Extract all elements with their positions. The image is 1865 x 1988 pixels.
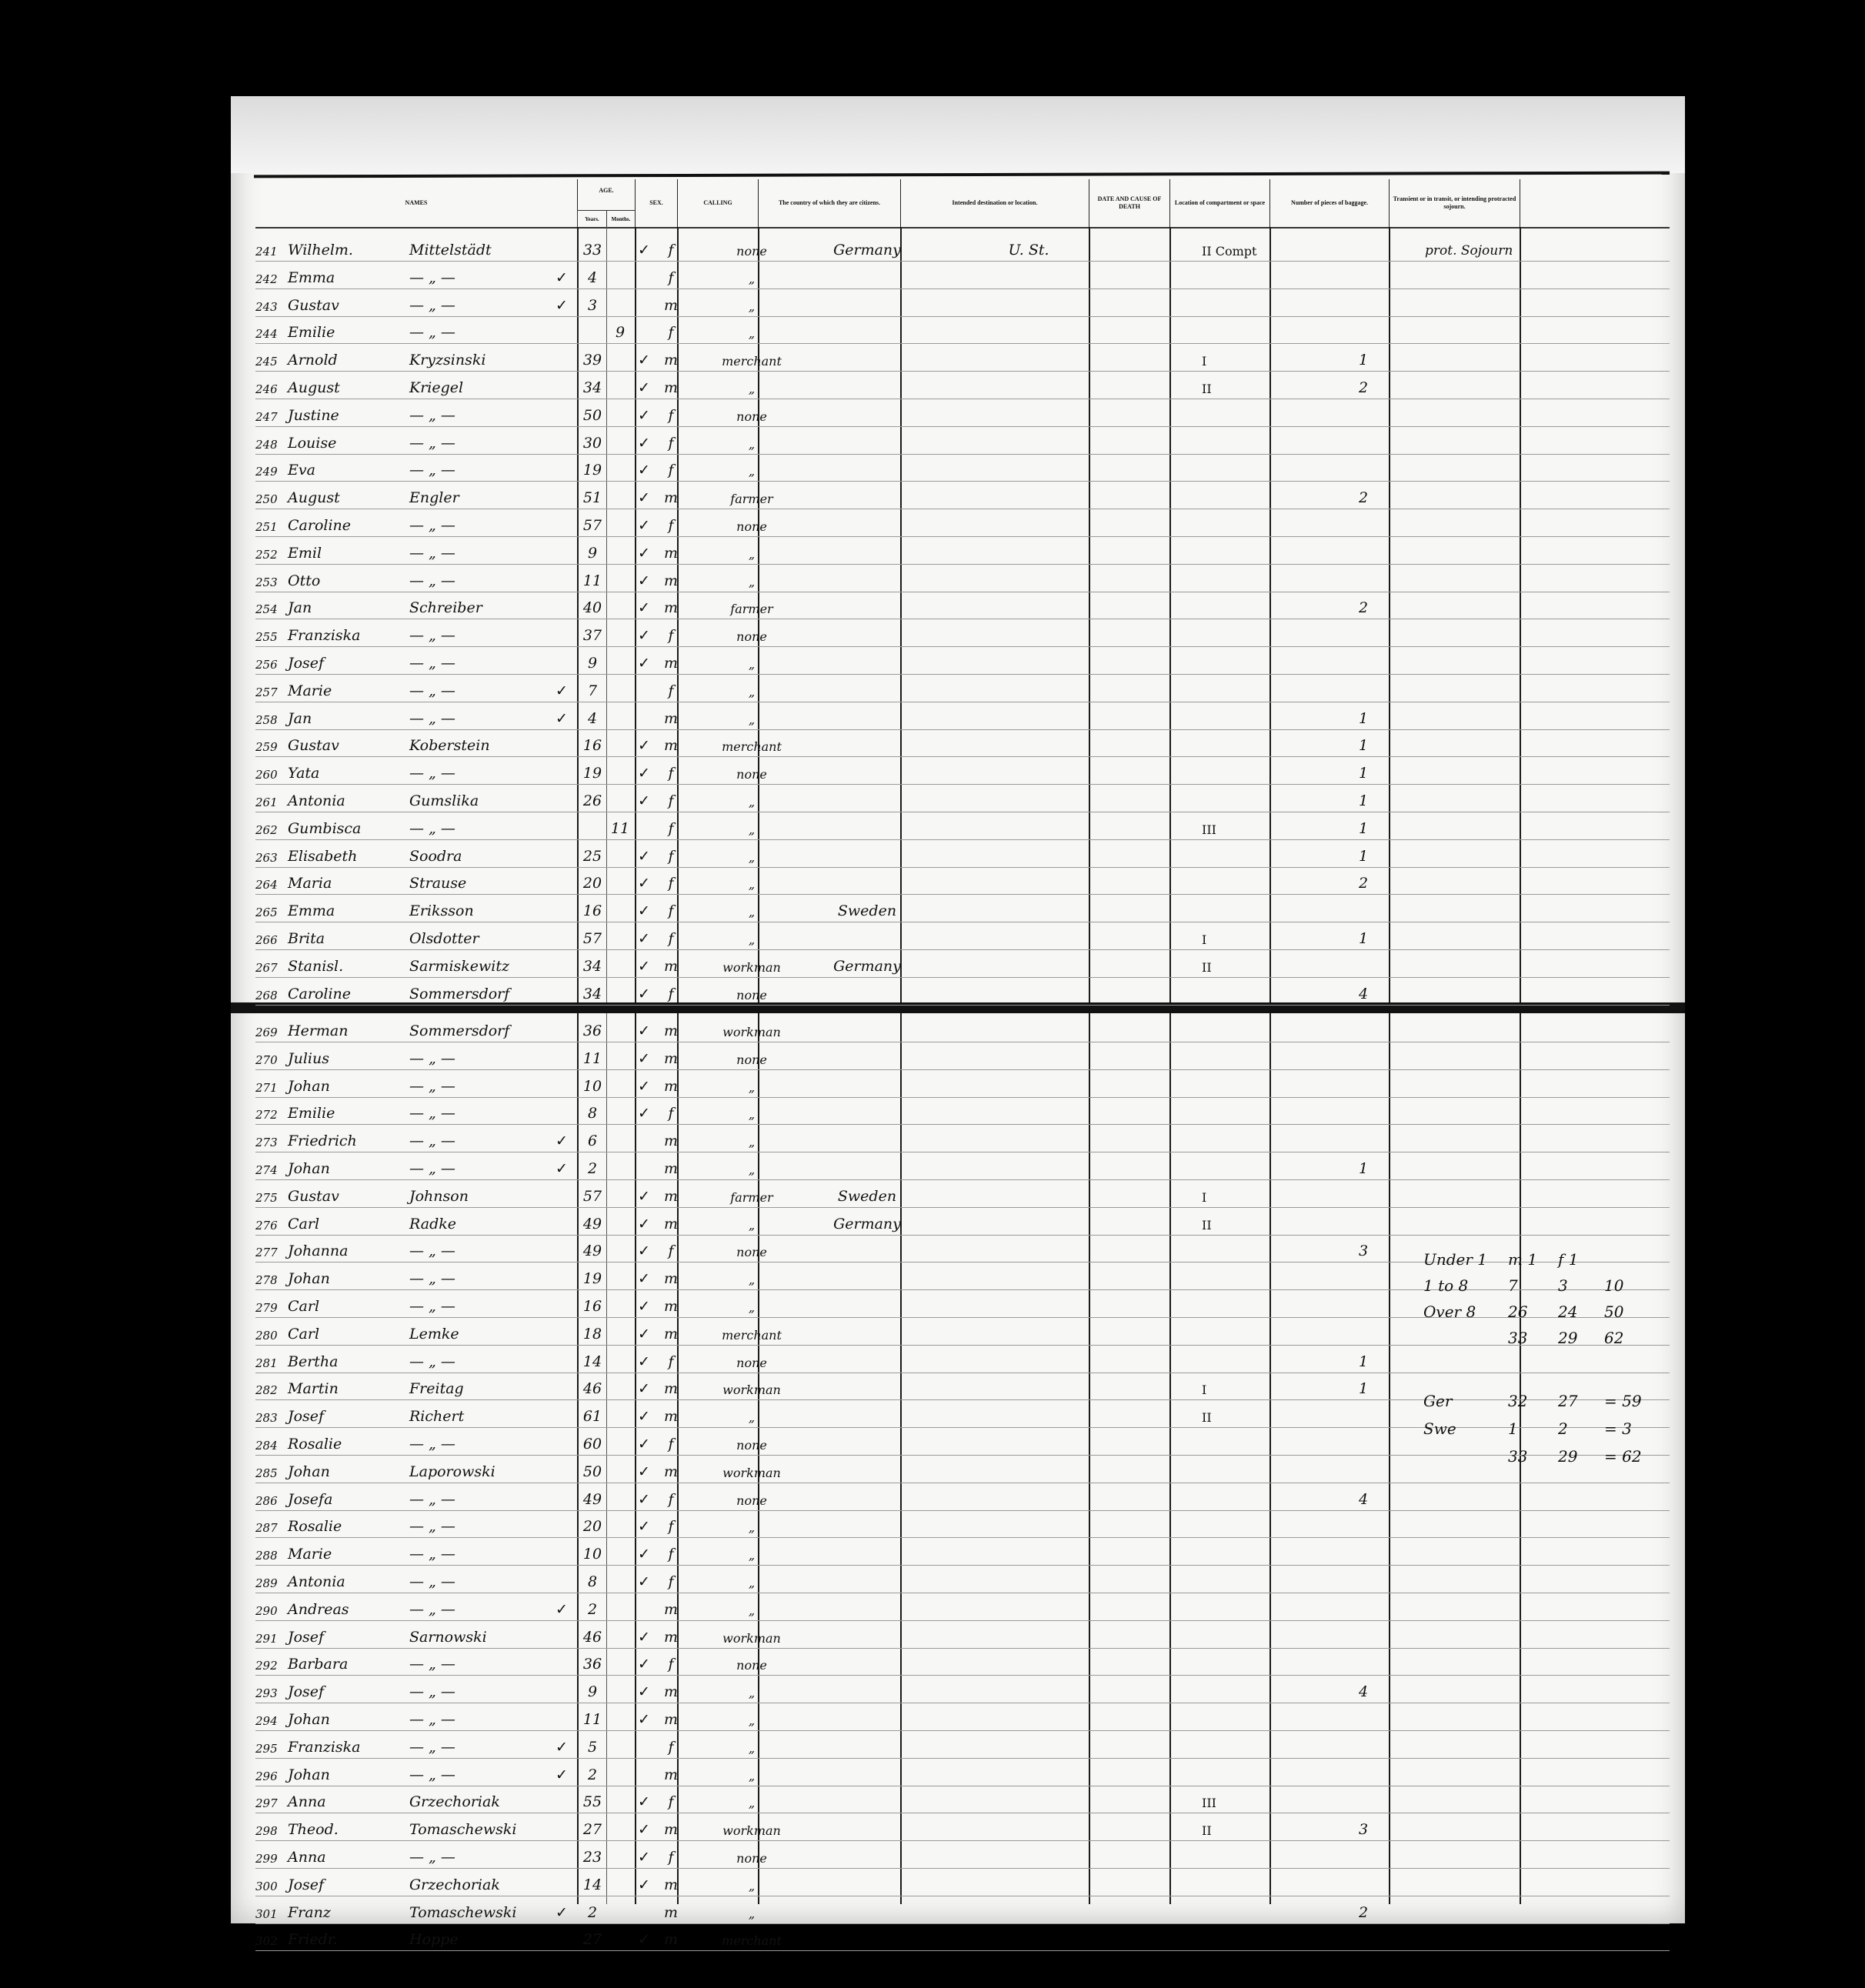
child-mark: ✓ [555, 1132, 568, 1149]
calling: „ [709, 1218, 794, 1232]
baggage-count: 1 [1340, 1380, 1386, 1397]
check-mark: ✓ [632, 517, 656, 534]
calling: workman [709, 1025, 794, 1039]
given-name: Otto [288, 572, 320, 589]
sex: f [659, 324, 682, 341]
calling: none [709, 1245, 794, 1259]
compartment: II [1202, 1410, 1294, 1425]
baggage-count: 1 [1340, 352, 1386, 369]
given-name: Rosalie [288, 1518, 342, 1535]
age-years: 9 [577, 545, 608, 562]
entry-number: 279 [255, 1301, 286, 1315]
baggage-count: 1 [1340, 765, 1386, 782]
surname: — „ — [409, 1849, 455, 1866]
check-mark: ✓ [632, 1629, 656, 1646]
page-top-margin [231, 96, 1685, 173]
sex: m [659, 1160, 682, 1177]
header-destination: Intended destination or location. [900, 179, 1089, 227]
calling: „ [709, 1107, 794, 1122]
surname: — „ — [409, 1491, 455, 1508]
sex: m [659, 1931, 682, 1948]
sex: m [659, 297, 682, 314]
calling: „ [709, 905, 794, 919]
entry-number: 280 [255, 1329, 286, 1343]
age-years: 9 [577, 655, 608, 672]
surname: — „ — [409, 572, 455, 589]
age-years: 36 [577, 1022, 608, 1039]
surname: — „ — [409, 269, 455, 286]
manifest-row: 300JosefGrzechoriak14✓m„ [255, 1870, 1670, 1896]
age-years: 19 [577, 765, 608, 782]
manifest-row: 248Louise— „ —30✓f„ [255, 428, 1670, 455]
surname: — „ — [409, 297, 455, 314]
sex: f [659, 242, 682, 259]
sex: f [659, 1105, 682, 1122]
sex: f [659, 1739, 682, 1756]
manifest-row: 267Stanisl.Sarmiskewitz34✓mworkmanGerman… [255, 951, 1670, 978]
given-name: Gustav [288, 1188, 339, 1205]
given-name: Josefa [288, 1491, 332, 1508]
age-years: 8 [577, 1105, 608, 1122]
check-mark: ✓ [632, 462, 656, 479]
tally-total: = 62 [1604, 1447, 1642, 1466]
given-name: Jan [288, 599, 312, 616]
baggage-count: 1 [1340, 848, 1386, 865]
calling: none [709, 409, 794, 424]
child-mark: ✓ [555, 297, 568, 314]
surname: — „ — [409, 655, 455, 672]
age-years: 60 [577, 1436, 608, 1453]
tally-male: 33 [1508, 1447, 1527, 1466]
calling: farmer [709, 492, 794, 506]
given-name: Franziska [288, 627, 361, 644]
manifest-row: 249Eva— „ —19✓f„ [255, 455, 1670, 482]
surname: — „ — [409, 710, 455, 727]
manifest-row: 250AugustEngler51✓mfarmer2 [255, 482, 1670, 509]
given-name: Wilhelm. [288, 242, 353, 259]
surname: Richert [409, 1408, 464, 1425]
check-mark: ✓ [632, 902, 656, 919]
manifest-row: 298Theod.Tomaschewski27✓mworkmanII3 [255, 1814, 1670, 1841]
sex: m [659, 489, 682, 506]
manifest-row: 270Julius— „ —11✓mnone [255, 1043, 1670, 1070]
sex: m [659, 379, 682, 396]
surname: Lemke [409, 1326, 459, 1343]
child-mark: ✓ [555, 710, 568, 727]
tally-male: 33 [1508, 1329, 1527, 1347]
entry-number: 242 [255, 272, 286, 286]
age-years: 2 [577, 1904, 608, 1921]
surname: — „ — [409, 765, 455, 782]
surname: Grzechoriak [409, 1876, 500, 1893]
check-mark: ✓ [632, 1656, 656, 1673]
surname: Grzechoriak [409, 1793, 500, 1810]
compartment: II [1202, 382, 1294, 396]
age-years: 8 [577, 1573, 608, 1590]
age-years: 57 [577, 517, 608, 534]
manifest-row: 268CarolineSommersdorf34✓fnone4 [255, 979, 1670, 1006]
tally-male: 1 [1508, 1419, 1518, 1438]
calling: merchant [709, 1933, 794, 1948]
surname: — „ — [409, 1078, 455, 1095]
entry-number: 285 [255, 1466, 286, 1480]
entry-number: 257 [255, 685, 286, 699]
age-years: 23 [577, 1849, 608, 1866]
check-mark: ✓ [632, 1793, 656, 1810]
age-years: 50 [577, 1463, 608, 1480]
given-name: Gumbisca [288, 820, 361, 837]
summary-tally: Under 1m 1f 11 to 87310Over 826245033296… [1423, 1250, 1670, 1558]
age-years: 51 [577, 489, 608, 506]
baggage-count: 3 [1340, 1242, 1386, 1259]
sex: m [659, 655, 682, 672]
tally-label: 1 to 8 [1423, 1276, 1468, 1295]
manifest-row: 272Emilie— „ —8✓f„ [255, 1098, 1670, 1125]
check-mark: ✓ [632, 1298, 656, 1315]
header-baggage: Number of pieces of baggage. [1269, 179, 1389, 227]
check-mark: ✓ [632, 875, 656, 892]
surname: Kryzsinski [409, 352, 485, 369]
sex: m [659, 958, 682, 975]
sex: m [659, 1022, 682, 1039]
manifest-row: 264MariaStrause20✓f„2 [255, 868, 1670, 895]
surname: Tomaschewski [409, 1904, 516, 1921]
entry-number: 287 [255, 1521, 286, 1535]
manifest-row: 263ElisabethSoodra25✓f„1 [255, 841, 1670, 868]
check-mark: ✓ [632, 930, 656, 947]
manifest-row: 297AnnaGrzechoriak55✓f„III [255, 1786, 1670, 1813]
surname: Soodra [409, 848, 462, 865]
age-years: 20 [577, 875, 608, 892]
surname: — „ — [409, 435, 455, 452]
entry-number: 277 [255, 1246, 286, 1259]
calling: workman [709, 1466, 794, 1480]
surname: — „ — [409, 1683, 455, 1700]
calling: „ [709, 1906, 794, 1921]
sex: m [659, 1629, 682, 1646]
given-name: Marie [288, 1546, 332, 1563]
calling: farmer [709, 602, 794, 616]
tally-total: 50 [1604, 1303, 1623, 1321]
entry-number: 265 [255, 906, 286, 919]
tally-label: Over 8 [1423, 1303, 1476, 1321]
manifest-row: 257Marie— „ —✓7f„ [255, 675, 1670, 702]
sex: f [659, 1793, 682, 1810]
baggage-count: 2 [1340, 875, 1386, 892]
manifest-row: 241Wilhelm.Mittelstädt33✓fnoneGermanyU. … [255, 235, 1670, 262]
header-death: DATE AND CAUSE OF DEATH [1089, 179, 1169, 227]
entry-number: 268 [255, 989, 286, 1002]
entry-number: 246 [255, 382, 286, 396]
calling: none [709, 767, 794, 782]
given-name: Jan [288, 710, 312, 727]
sex: f [659, 1491, 682, 1508]
manifest-row: 295Franziska— „ —✓5f„ [255, 1732, 1670, 1759]
entry-number: 300 [255, 1880, 286, 1893]
age-months: 11 [606, 820, 635, 837]
check-mark: ✓ [632, 1022, 656, 1039]
age-years: 7 [577, 682, 608, 699]
entry-number: 278 [255, 1273, 286, 1287]
age-years: 5 [577, 1739, 608, 1756]
baggage-count: 1 [1340, 710, 1386, 727]
given-name: Josef [288, 1683, 324, 1700]
given-name: August [288, 489, 340, 506]
entry-number: 281 [255, 1356, 286, 1370]
sex: f [659, 1353, 682, 1370]
check-mark: ✓ [632, 1683, 656, 1700]
country: Sweden [817, 902, 917, 919]
surname: — „ — [409, 682, 455, 699]
check-mark: ✓ [632, 435, 656, 452]
surname: — „ — [409, 407, 455, 424]
given-name: Julius [288, 1050, 329, 1067]
calling: „ [709, 1713, 794, 1728]
calling: „ [709, 1300, 794, 1315]
surname: — „ — [409, 545, 455, 562]
age-years: 37 [577, 627, 608, 644]
age-years: 18 [577, 1326, 608, 1343]
given-name: Elisabeth [288, 848, 357, 865]
header-names: NAMES [255, 179, 577, 227]
check-mark: ✓ [632, 627, 656, 644]
entry-number: 250 [255, 492, 286, 506]
given-name: Justine [288, 407, 339, 424]
sex: m [659, 1078, 682, 1095]
baggage-count: 4 [1340, 986, 1386, 1002]
check-mark: ✓ [632, 599, 656, 616]
age-years: 2 [577, 1601, 608, 1618]
given-name: Barbara [288, 1656, 348, 1673]
manifest-row: 289Antonia— „ —8✓f„ [255, 1566, 1670, 1593]
given-name: Antonia [288, 1573, 345, 1590]
entry-number: 255 [255, 630, 286, 644]
baggage-count: 2 [1340, 489, 1386, 506]
age-years: 36 [577, 1656, 608, 1673]
check-mark: ✓ [632, 1105, 656, 1122]
baggage-count: 1 [1340, 930, 1386, 947]
age-years: 49 [577, 1242, 608, 1259]
given-name: Friedrich [288, 1132, 357, 1149]
sex: m [659, 710, 682, 727]
calling: „ [709, 1686, 794, 1700]
manifest-row: 255Franziska— „ —37✓fnone [255, 620, 1670, 647]
age-years: 34 [577, 379, 608, 396]
header-calling: CALLING [677, 179, 758, 227]
surname: — „ — [409, 1518, 455, 1535]
check-mark: ✓ [632, 1931, 656, 1948]
calling: none [709, 519, 794, 534]
tally-total: 62 [1604, 1329, 1623, 1347]
manifest-row: 242Emma— „ —✓4f„ [255, 262, 1670, 289]
sex: m [659, 1904, 682, 1921]
age-years: 4 [577, 269, 608, 286]
calling: „ [709, 1576, 794, 1590]
age-years: 9 [577, 1683, 608, 1700]
calling: none [709, 1851, 794, 1866]
surname: Freitag [409, 1380, 464, 1397]
sex: f [659, 682, 682, 699]
surname: Koberstein [409, 737, 490, 754]
surname: Radke [409, 1216, 456, 1232]
age-years: 55 [577, 1793, 608, 1810]
compartment: I [1202, 1383, 1294, 1397]
sex: m [659, 1876, 682, 1893]
surname: — „ — [409, 1132, 455, 1149]
manifest-row: 302Friedr.Hoppe27✓mmerchant [255, 1924, 1670, 1951]
country: Germany [817, 1216, 917, 1232]
column-header-row: NAMES AGE. Years. Months. SEX. CALLING T… [255, 179, 1670, 228]
compartment: II [1202, 960, 1294, 975]
surname: Mittelstädt [409, 242, 492, 259]
given-name: Johan [288, 1078, 330, 1095]
entry-number: 247 [255, 410, 286, 424]
check-mark: ✓ [632, 848, 656, 865]
sex: m [659, 1601, 682, 1618]
age-years: 10 [577, 1546, 608, 1563]
age-years: 10 [577, 1078, 608, 1095]
calling: none [709, 244, 794, 259]
age-years: 19 [577, 1270, 608, 1287]
header-age-months: Months. [606, 210, 635, 227]
tally-female: f 1 [1558, 1250, 1578, 1269]
sex: f [659, 1546, 682, 1563]
calling: workman [709, 1383, 794, 1397]
check-mark: ✓ [632, 1216, 656, 1232]
check-mark: ✓ [632, 1270, 656, 1287]
given-name: Emil [288, 545, 322, 562]
check-mark: ✓ [632, 407, 656, 424]
calling: „ [709, 932, 794, 947]
manifest-row: 271Johan— „ —10✓m„ [255, 1071, 1670, 1098]
tally-female: 2 [1558, 1419, 1568, 1438]
surname: — „ — [409, 1050, 455, 1067]
manifest-row: 260Yata— „ —19✓fnone1 [255, 758, 1670, 785]
given-name: August [288, 379, 340, 396]
calling: „ [709, 850, 794, 865]
surname: Kriegel [409, 379, 463, 396]
manifest-row: 253Otto— „ —11✓m„ [255, 565, 1670, 592]
given-name: Emma [288, 902, 335, 919]
entry-number: 282 [255, 1383, 286, 1397]
calling: „ [709, 547, 794, 562]
given-name: Rosalie [288, 1436, 342, 1453]
manifest-row: 290Andreas— „ —✓2m„ [255, 1594, 1670, 1621]
entry-number: 267 [255, 961, 286, 975]
surname: Laporowski [409, 1463, 495, 1480]
baggage-count: 2 [1340, 379, 1386, 396]
surname: Tomaschewski [409, 1821, 516, 1838]
check-mark: ✓ [632, 1876, 656, 1893]
surname: Olsdotter [409, 930, 479, 947]
given-name: Johan [288, 1463, 330, 1480]
entry-number: 256 [255, 658, 286, 672]
entry-number: 275 [255, 1191, 286, 1205]
sex: m [659, 1050, 682, 1067]
country: Germany [817, 958, 917, 975]
entry-number: 295 [255, 1742, 286, 1756]
age-years: 16 [577, 902, 608, 919]
tally-female: 29 [1558, 1329, 1577, 1347]
calling: „ [709, 326, 794, 341]
age-years: 16 [577, 1298, 608, 1315]
sex: f [659, 269, 682, 286]
sex: f [659, 902, 682, 919]
entry-number: 252 [255, 548, 286, 562]
check-mark: ✓ [632, 489, 656, 506]
entry-number: 286 [255, 1494, 286, 1508]
manifest-page: NAMES AGE. Years. Months. SEX. CALLING T… [231, 96, 1685, 1923]
entry-number: 253 [255, 575, 286, 589]
sex: m [659, 1132, 682, 1149]
calling: „ [709, 1520, 794, 1535]
compartment: II Compt [1202, 244, 1294, 259]
calling: „ [709, 1796, 794, 1810]
age-years: 34 [577, 986, 608, 1002]
given-name: Josef [288, 1408, 324, 1425]
check-mark: ✓ [632, 1380, 656, 1397]
age-years: 19 [577, 462, 608, 479]
surname: — „ — [409, 1739, 455, 1756]
manifest-row: 269HermanSommersdorf36✓mworkman [255, 1016, 1670, 1042]
surname: Sommersdorf [409, 986, 509, 1002]
entry-number: 301 [255, 1907, 286, 1921]
manifest-row: 252Emil— „ —9✓m„ [255, 538, 1670, 565]
manifest-row: 276CarlRadke49✓m„GermanyII [255, 1209, 1670, 1236]
given-name: Gustav [288, 737, 339, 754]
entry-number: 298 [255, 1824, 286, 1838]
tally-female: 24 [1558, 1303, 1577, 1321]
given-name: Josef [288, 1876, 324, 1893]
given-name: Friedr. [288, 1931, 338, 1948]
surname: — „ — [409, 1546, 455, 1563]
sex: m [659, 1683, 682, 1700]
given-name: Bertha [288, 1353, 339, 1370]
calling: „ [709, 1879, 794, 1893]
entry-number: 284 [255, 1439, 286, 1453]
sex: f [659, 848, 682, 865]
check-mark: ✓ [632, 765, 656, 782]
given-name: Maria [288, 875, 332, 892]
baggage-count: 1 [1340, 820, 1386, 837]
manifest-row: 274Johan— „ —✓2m„1 [255, 1153, 1670, 1180]
entry-number: 261 [255, 796, 286, 809]
surname: — „ — [409, 1105, 455, 1122]
age-years: 14 [577, 1353, 608, 1370]
manifest-row: 294Johan— „ —11✓m„ [255, 1704, 1670, 1731]
calling: none [709, 1438, 794, 1453]
surname: — „ — [409, 1766, 455, 1783]
child-mark: ✓ [555, 1160, 568, 1177]
manifest-row: 301FranzTomaschewski✓2m„2 [255, 1897, 1670, 1924]
check-mark: ✓ [632, 1573, 656, 1590]
header-age-years: Years. [577, 210, 606, 227]
check-mark: ✓ [632, 352, 656, 369]
tally-female: 27 [1558, 1392, 1577, 1410]
baggage-count: 3 [1340, 1821, 1386, 1838]
compartment: II [1202, 1218, 1294, 1232]
age-years: 26 [577, 792, 608, 809]
baggage-count: 4 [1340, 1491, 1386, 1508]
manifest-row: 244Emilie— „ —9f„ [255, 317, 1670, 344]
given-name: Marie [288, 682, 332, 699]
check-mark: ✓ [632, 792, 656, 809]
header-country: The country of which they are citizens. [758, 179, 900, 227]
child-mark: ✓ [555, 1739, 568, 1756]
tally-total: = 59 [1604, 1392, 1642, 1410]
check-mark: ✓ [632, 986, 656, 1002]
manifest-row: 254JanSchreiber40✓mfarmer2 [255, 592, 1670, 619]
